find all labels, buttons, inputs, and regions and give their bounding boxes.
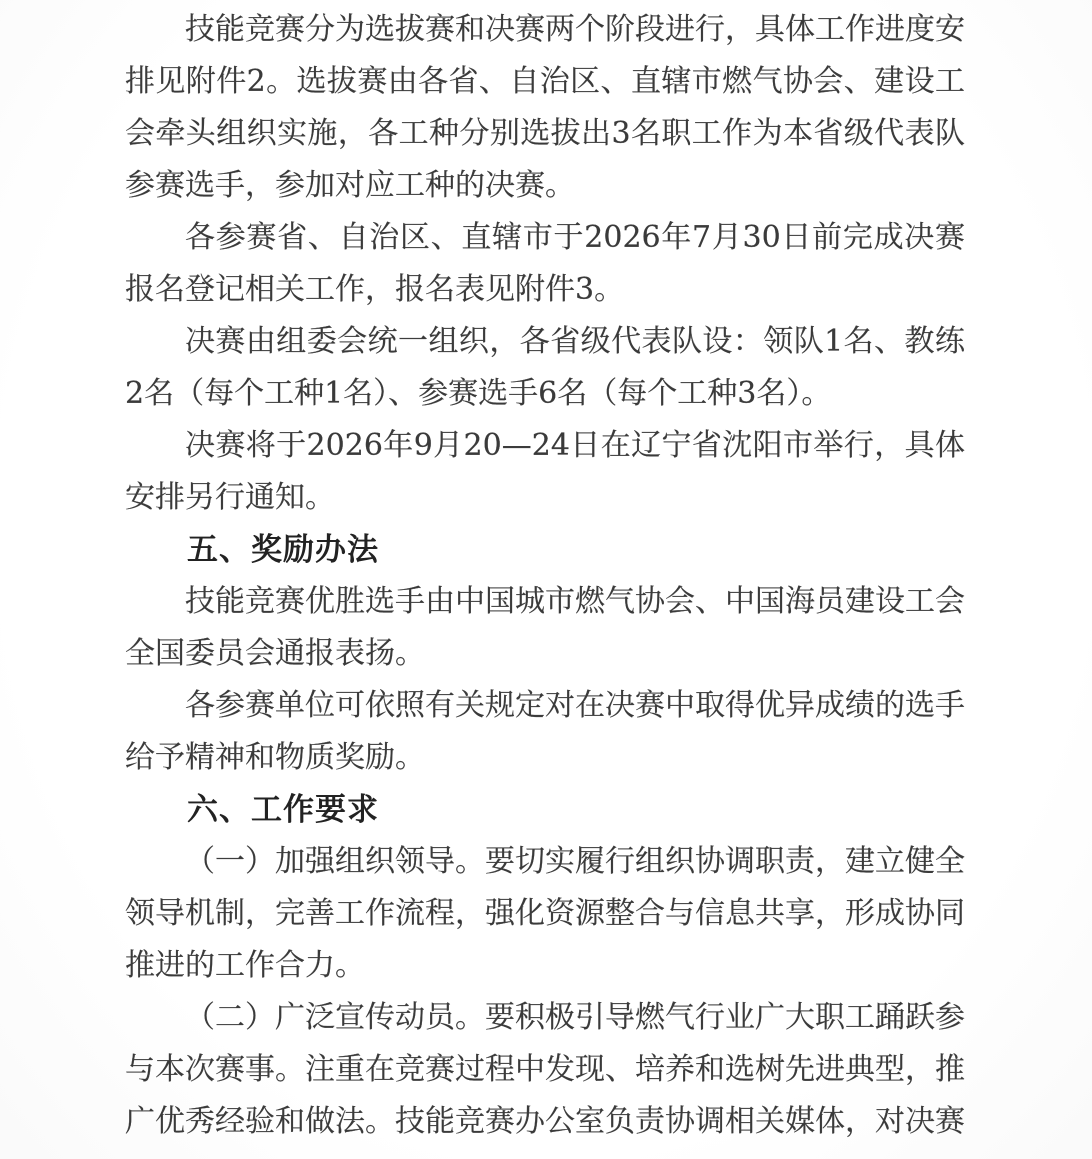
section-heading-reward-measures: 五、奖励办法: [125, 524, 965, 576]
paragraph-final-schedule: 决赛将于2026年9月20—24日在辽宁省沈阳市举行，具体安排另行通知。: [125, 420, 965, 524]
section-heading-work-requirements: 六、工作要求: [125, 784, 965, 836]
paragraph-commendation: 技能竞赛优胜选手由中国城市燃气协会、中国海员建设工会全国委员会通报表扬。: [125, 576, 965, 680]
scanned-document-page: 技能竞赛分为选拔赛和决赛两个阶段进行，具体工作进度安排见附件2。选拔赛由各省、自…: [0, 0, 1092, 1159]
paragraph-competition-stages: 技能竞赛分为选拔赛和决赛两个阶段进行，具体工作进度安排见附件2。选拔赛由各省、自…: [125, 4, 965, 212]
paragraph-registration-deadline: 各参赛省、自治区、直辖市于2026年7月30日前完成决赛报名登记相关工作，报名表…: [125, 212, 965, 316]
paragraph-unit-rewards: 各参赛单位可依照有关规定对在决赛中取得优异成绩的选手给予精神和物质奖励。: [125, 680, 965, 784]
paragraph-publicity-mobilization: （二）广泛宣传动员。要积极引导燃气行业广大职工踊跃参与本次赛事。注重在竞赛过程中…: [125, 992, 965, 1148]
paragraph-team-composition: 决赛由组委会统一组织，各省级代表队设：领队1名、教练2名（每个工种1名）、参赛选…: [125, 316, 965, 420]
document-body: 技能竞赛分为选拔赛和决赛两个阶段进行，具体工作进度安排见附件2。选拔赛由各省、自…: [125, 4, 965, 1148]
paragraph-strengthen-leadership: （一）加强组织领导。要切实履行组织协调职责，建立健全领导机制，完善工作流程，强化…: [125, 836, 965, 992]
